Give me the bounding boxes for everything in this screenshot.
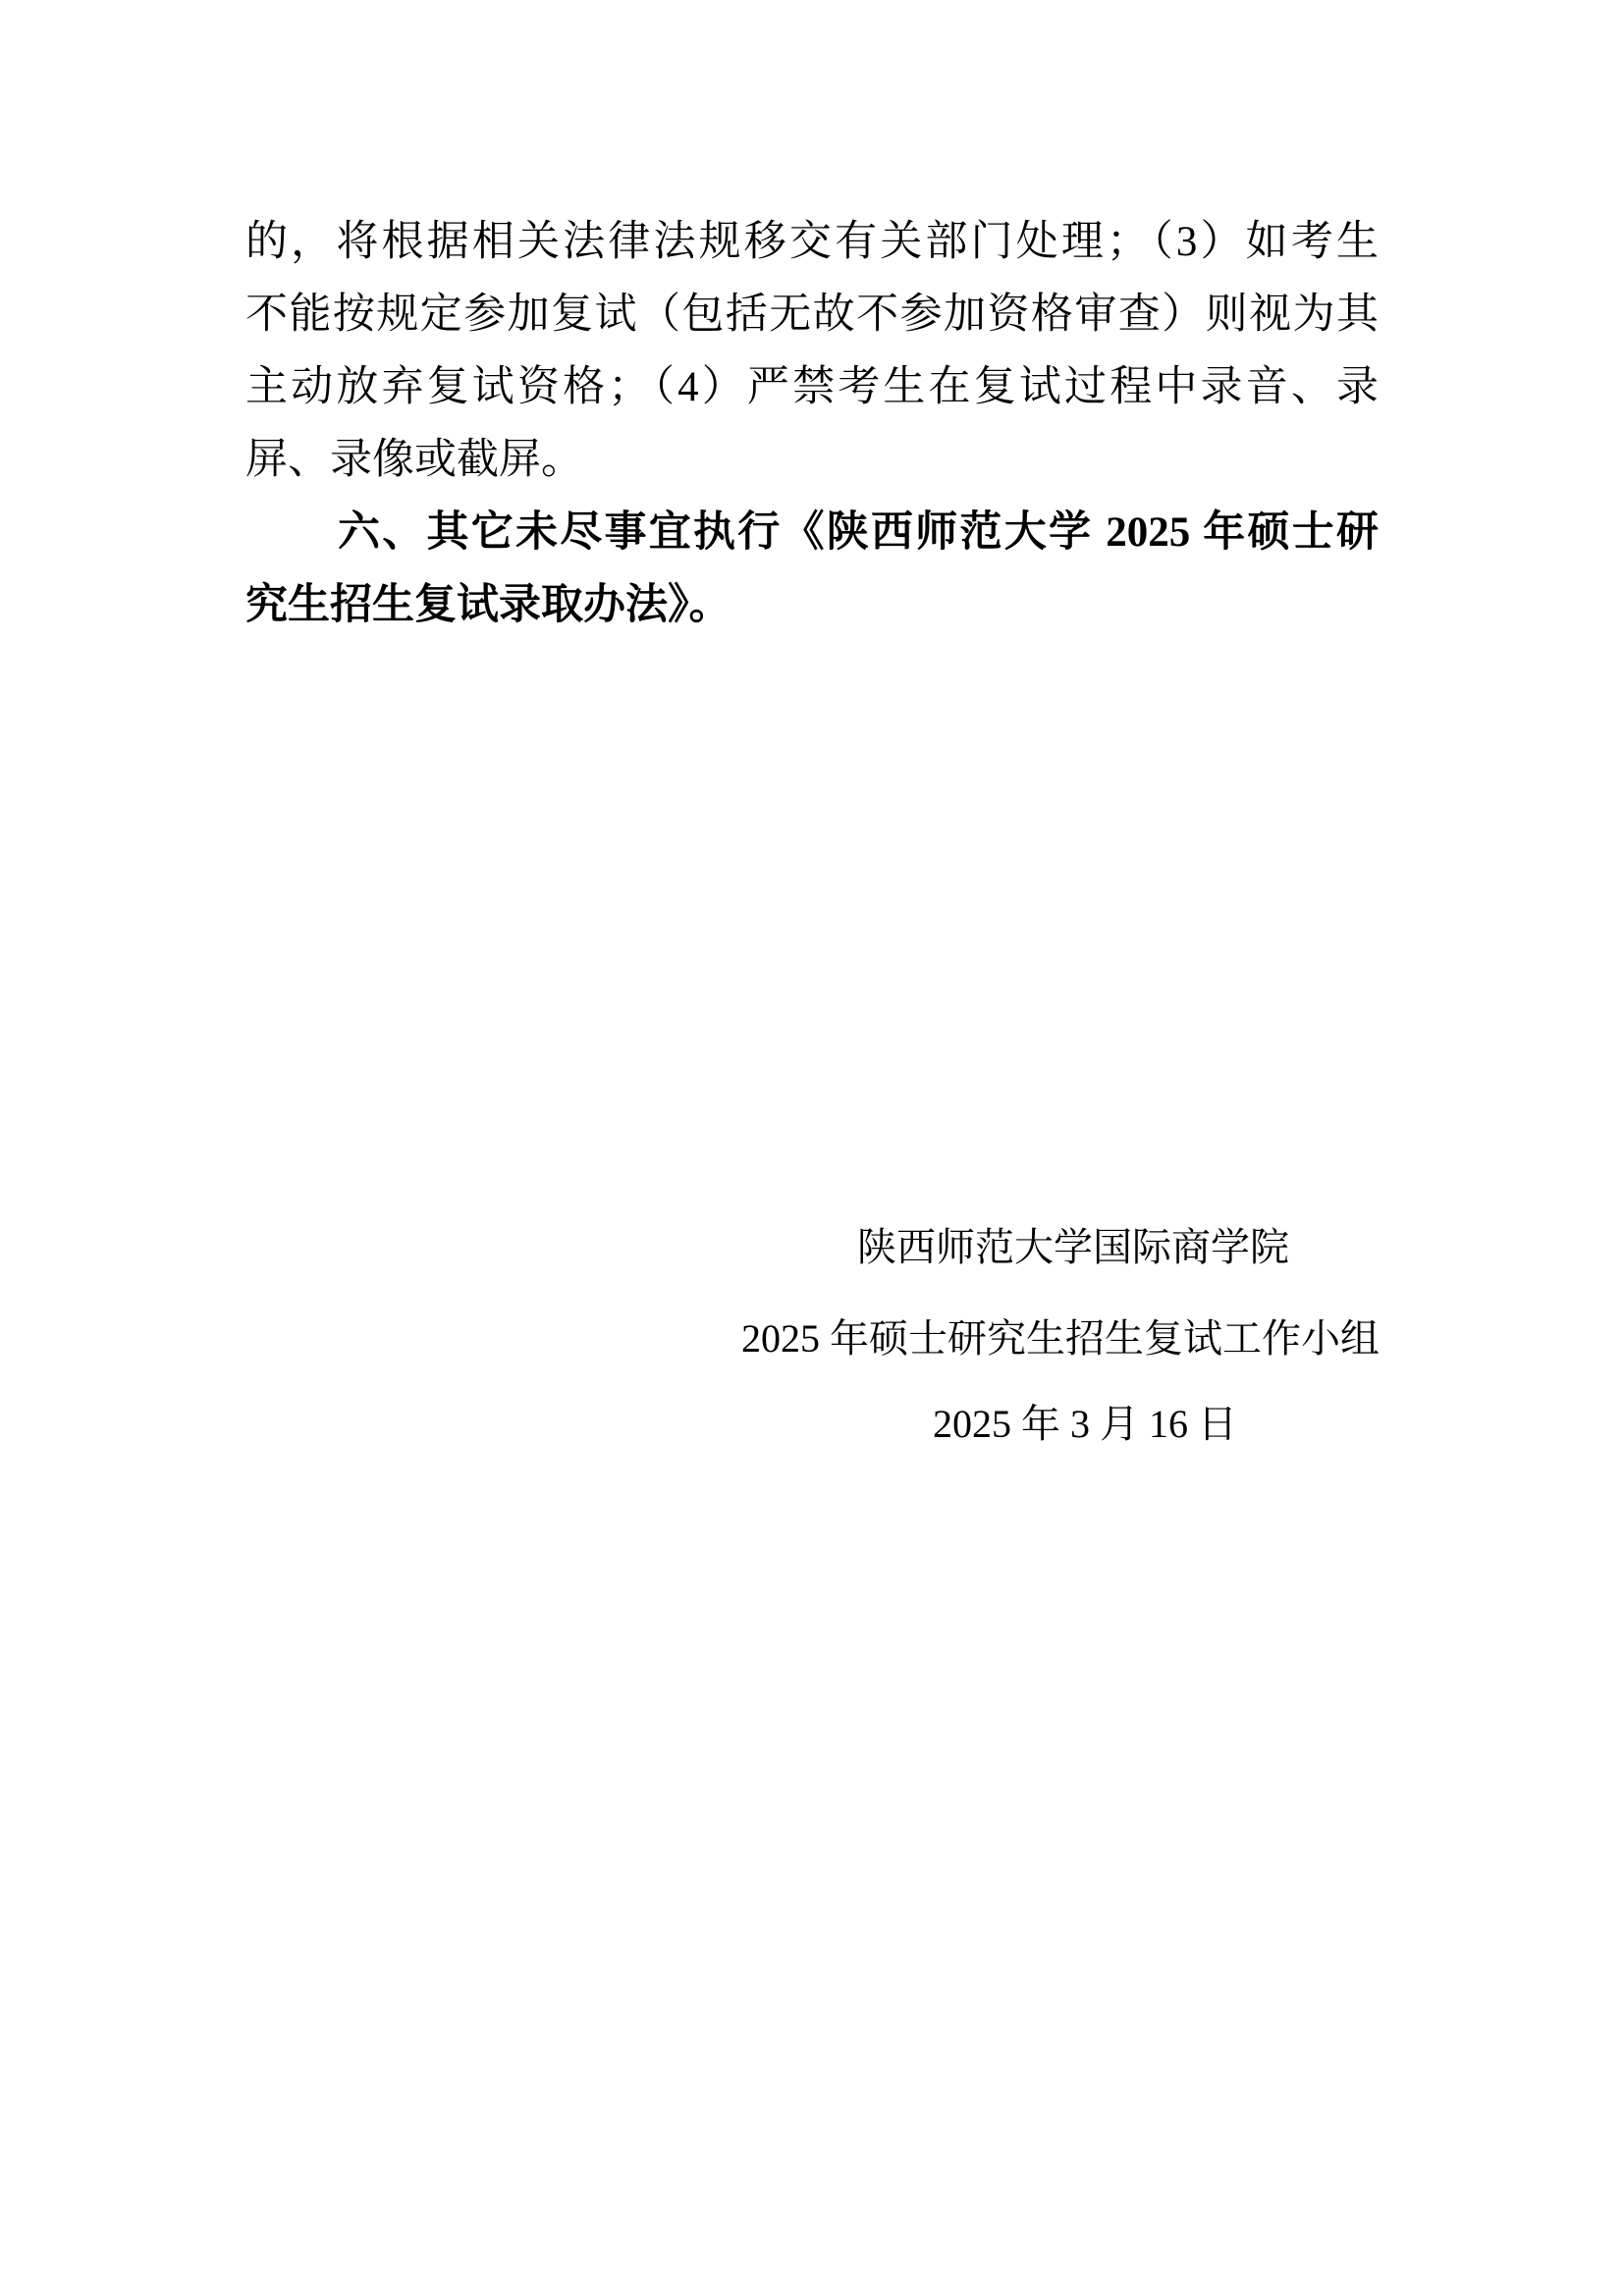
paragraph1-line-1: 的，将根据相关法律法规移交有关部门处理；（3）如考生 [245,206,1379,279]
paragraph2-line-2: 究生招生复试录取办法》。 [245,569,1379,642]
body-paragraphs: 的，将根据相关法律法规移交有关部门处理；（3）如考生 不能按规定参加复试（包括无… [245,206,1379,642]
paragraph2-line-1: 六、其它未尽事宜执行《陕西师范大学 2025 年硕士研 [245,497,1379,569]
signature-organization: 陕西师范大学国际商学院 [857,1225,1289,1270]
paragraph1-line-2: 不能按规定参加复试（包括无故不参加资格审查）则视为其 [245,279,1379,351]
signature-committee: 2025 年硕士研究生招生复试工作小组 [741,1316,1380,1362]
paragraph1-line-4: 屏、录像或截屏。 [245,424,1379,497]
signature-date: 2025 年 3 月 16 日 [933,1402,1237,1447]
paragraph1-line-3: 主动放弃复试资格；（4）严禁考生在复试过程中录音、录 [245,351,1379,424]
document-page: 的，将根据相关法律法规移交有关部门处理；（3）如考生 不能按规定参加复试（包括无… [0,0,1624,2296]
